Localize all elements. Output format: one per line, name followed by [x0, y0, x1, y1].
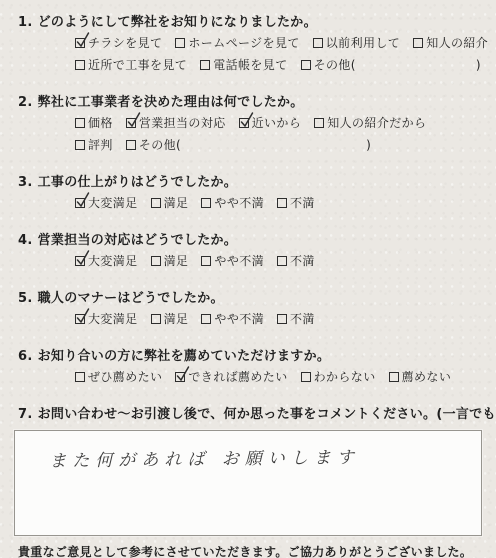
option-row: 価格営業担当の対応近いから知人の紹介だから: [18, 115, 488, 132]
checkbox[interactable]: [201, 256, 211, 266]
checkbox-option[interactable]: 知人の紹介だから: [314, 115, 426, 132]
checkbox-option[interactable]: 電話帳を見て: [200, 57, 287, 74]
option-label: 大変満足: [88, 312, 138, 326]
comment-box[interactable]: また何があれば お願いします: [14, 430, 482, 536]
option-label: その他(: [139, 138, 181, 152]
option-row: 近所で工事を見て電話帳を見てその他(): [18, 57, 488, 74]
option-label: やや不満: [214, 312, 264, 326]
question-block-2: 2.弊社に工事業者を決めた理由は何でしたか。価格営業担当の対応近いから知人の紹介…: [18, 91, 488, 154]
checkbox-option[interactable]: 営業担当の対応: [126, 115, 226, 132]
checkbox-option[interactable]: 近所で工事を見て: [75, 57, 187, 74]
question-text: 工事の仕上がりはどうでしたか。: [38, 175, 238, 190]
footer-note: 貴重なご意見として参考にさせていただきます。ご協力ありがとうございました。: [18, 543, 488, 558]
question-text: どのようにして弊社をお知りになりましたか。: [38, 15, 317, 30]
checkbox[interactable]: [313, 38, 323, 48]
option-label: 近いから: [252, 116, 302, 130]
option-label: 不満: [290, 254, 315, 268]
option-row: チラシを見てホームページを見て以前利用して知人の紹介: [18, 35, 488, 52]
option-label: 知人の紹介: [426, 36, 488, 50]
checkbox[interactable]: [200, 60, 210, 70]
checkbox[interactable]: [389, 372, 399, 382]
checkbox-option[interactable]: 大変満足: [75, 311, 138, 328]
option-label: 不満: [290, 312, 315, 326]
option-label: 満足: [164, 254, 189, 268]
checkbox-option[interactable]: 評判: [75, 137, 113, 154]
checkbox[interactable]: [277, 198, 287, 208]
checkbox[interactable]: [75, 140, 85, 150]
checkbox[interactable]: [301, 372, 311, 382]
option-label: 大変満足: [88, 196, 138, 210]
checkbox[interactable]: [301, 60, 311, 70]
question-number: 3.: [18, 175, 33, 190]
checkbox[interactable]: [151, 198, 161, 208]
question-block-1: 1.どのようにして弊社をお知りになりましたか。チラシを見てホームページを見て以前…: [18, 11, 488, 74]
checkbox-checked[interactable]: [75, 314, 85, 324]
option-row: 評判その他(): [18, 137, 488, 154]
question-title: 4.営業担当の対応はどうでしたか。: [18, 229, 488, 248]
question-text: 弊社に工事業者を決めた理由は何でしたか。: [38, 95, 304, 110]
checkbox-option[interactable]: 以前利用して: [313, 35, 400, 52]
option-label: ホームページを見て: [188, 36, 299, 50]
question-block-5: 5.職人のマナーはどうでしたか。大変満足満足やや不満不満: [18, 287, 488, 328]
option-label: 価格: [88, 116, 113, 130]
question-text: 職人のマナーはどうでしたか。: [38, 291, 224, 306]
question-text: 営業担当の対応はどうでしたか。: [38, 233, 238, 248]
option-label: 知人の紹介だから: [327, 116, 426, 130]
option-label: 評判: [88, 138, 113, 152]
question-block-7: 7.お問い合わせ～お引渡し後で、何か思った事をコメントください。(一言でも可): [18, 403, 488, 422]
checkbox[interactable]: [201, 198, 211, 208]
checkbox-option[interactable]: その他(): [301, 57, 481, 74]
checkbox[interactable]: [126, 140, 136, 150]
checkbox-option[interactable]: やや不満: [201, 253, 264, 270]
checkbox[interactable]: [201, 314, 211, 324]
checkbox[interactable]: [151, 256, 161, 266]
checkbox-option[interactable]: やや不満: [201, 195, 264, 212]
option-label: 満足: [164, 312, 189, 326]
option-label: その他(: [314, 58, 356, 72]
question-title: 1.どのようにして弊社をお知りになりましたか。: [18, 11, 488, 30]
checkbox-option[interactable]: 不満: [277, 311, 315, 328]
question-title: 7.お問い合わせ～お引渡し後で、何か思った事をコメントください。(一言でも可): [18, 403, 488, 422]
checkbox-option[interactable]: 価格: [75, 115, 113, 132]
checkbox-option[interactable]: 知人の紹介: [413, 35, 488, 52]
checkbox-option[interactable]: 満足: [151, 311, 189, 328]
checkbox-checked[interactable]: [126, 118, 136, 128]
handwritten-comment: また何があれば お願いします: [15, 430, 481, 472]
close-paren: ): [476, 58, 481, 72]
checkbox[interactable]: [75, 372, 85, 382]
option-label: できれば薦めたい: [188, 370, 287, 384]
checkbox-option[interactable]: 不満: [277, 253, 315, 270]
option-label: 薦めない: [402, 370, 452, 384]
question-text: お問い合わせ～お引渡し後で、何か思った事をコメントください。(一言でも可): [38, 407, 496, 422]
checkbox-checked[interactable]: [175, 372, 185, 382]
checkbox-option[interactable]: チラシを見て: [75, 35, 162, 52]
question-title: 5.職人のマナーはどうでしたか。: [18, 287, 488, 306]
checkbox[interactable]: [75, 118, 85, 128]
option-label: 営業担当の対応: [139, 116, 226, 130]
question-number: 1.: [18, 15, 33, 30]
option-label: やや不満: [214, 254, 264, 268]
checkbox-checked[interactable]: [239, 118, 249, 128]
checkbox-option[interactable]: ホームページを見て: [175, 35, 299, 52]
survey-questionnaire: 1.どのようにして弊社をお知りになりましたか。チラシを見てホームページを見て以前…: [0, 0, 496, 558]
question-text: お知り合いの方に弊社を薦めていただけますか。: [38, 349, 331, 364]
checkbox-checked[interactable]: [75, 38, 85, 48]
question-title: 6.お知り合いの方に弊社を薦めていただけますか。: [18, 345, 488, 364]
checkbox[interactable]: [277, 256, 287, 266]
question-number: 7.: [18, 407, 33, 422]
checkbox[interactable]: [314, 118, 324, 128]
checkbox[interactable]: [277, 314, 287, 324]
question-number: 4.: [18, 233, 33, 248]
option-label: 近所で工事を見て: [88, 58, 187, 72]
checkbox-checked[interactable]: [75, 198, 85, 208]
option-label: チラシを見て: [88, 36, 162, 50]
option-label: 満足: [164, 196, 189, 210]
question-block-3: 3.工事の仕上がりはどうでしたか。大変満足満足やや不満不満: [18, 171, 488, 212]
checkbox-option[interactable]: ぜひ薦めたい: [75, 369, 162, 386]
option-row: 大変満足満足やや不満不満: [18, 311, 488, 328]
checkbox[interactable]: [413, 38, 423, 48]
checkbox-option[interactable]: 大変満足: [75, 195, 138, 212]
option-label: わからない: [314, 370, 376, 384]
option-label: ぜひ薦めたい: [88, 370, 162, 384]
question-block-6: 6.お知り合いの方に弊社を薦めていただけますか。ぜひ薦めたいできれば薦めたいわか…: [18, 345, 488, 386]
checkbox-option[interactable]: 薦めない: [389, 369, 452, 386]
checkbox[interactable]: [175, 38, 185, 48]
questions-list: 1.どのようにして弊社をお知りになりましたか。チラシを見てホームページを見て以前…: [18, 11, 488, 422]
checkbox-option[interactable]: やや不満: [201, 311, 264, 328]
option-label: やや不満: [214, 196, 264, 210]
checkbox[interactable]: [75, 60, 85, 70]
question-block-4: 4.営業担当の対応はどうでしたか。大変満足満足やや不満不満: [18, 229, 488, 270]
question-number: 5.: [18, 291, 33, 306]
checkbox-option[interactable]: わからない: [301, 369, 376, 386]
option-label: 電話帳を見て: [213, 58, 287, 72]
question-number: 2.: [18, 95, 33, 110]
checkbox-option[interactable]: 大変満足: [75, 253, 138, 270]
checkbox-option[interactable]: 不満: [277, 195, 315, 212]
close-paren: ): [366, 138, 371, 152]
checkbox-option[interactable]: その他(): [126, 137, 371, 154]
option-row: 大変満足満足やや不満不満: [18, 253, 488, 270]
checkbox-option[interactable]: できれば薦めたい: [175, 369, 287, 386]
checkbox-option[interactable]: 近いから: [239, 115, 302, 132]
question-title: 3.工事の仕上がりはどうでしたか。: [18, 171, 488, 190]
checkbox[interactable]: [151, 314, 161, 324]
checkbox-option[interactable]: 満足: [151, 253, 189, 270]
option-label: 不満: [290, 196, 315, 210]
question-number: 6.: [18, 349, 33, 364]
option-label: 大変満足: [88, 254, 138, 268]
checkbox-option[interactable]: 満足: [151, 195, 189, 212]
question-title: 2.弊社に工事業者を決めた理由は何でしたか。: [18, 91, 488, 110]
option-row: 大変満足満足やや不満不満: [18, 195, 488, 212]
option-label: 以前利用して: [326, 36, 400, 50]
checkbox-checked[interactable]: [75, 256, 85, 266]
option-row: ぜひ薦めたいできれば薦めたいわからない薦めない: [18, 369, 488, 386]
